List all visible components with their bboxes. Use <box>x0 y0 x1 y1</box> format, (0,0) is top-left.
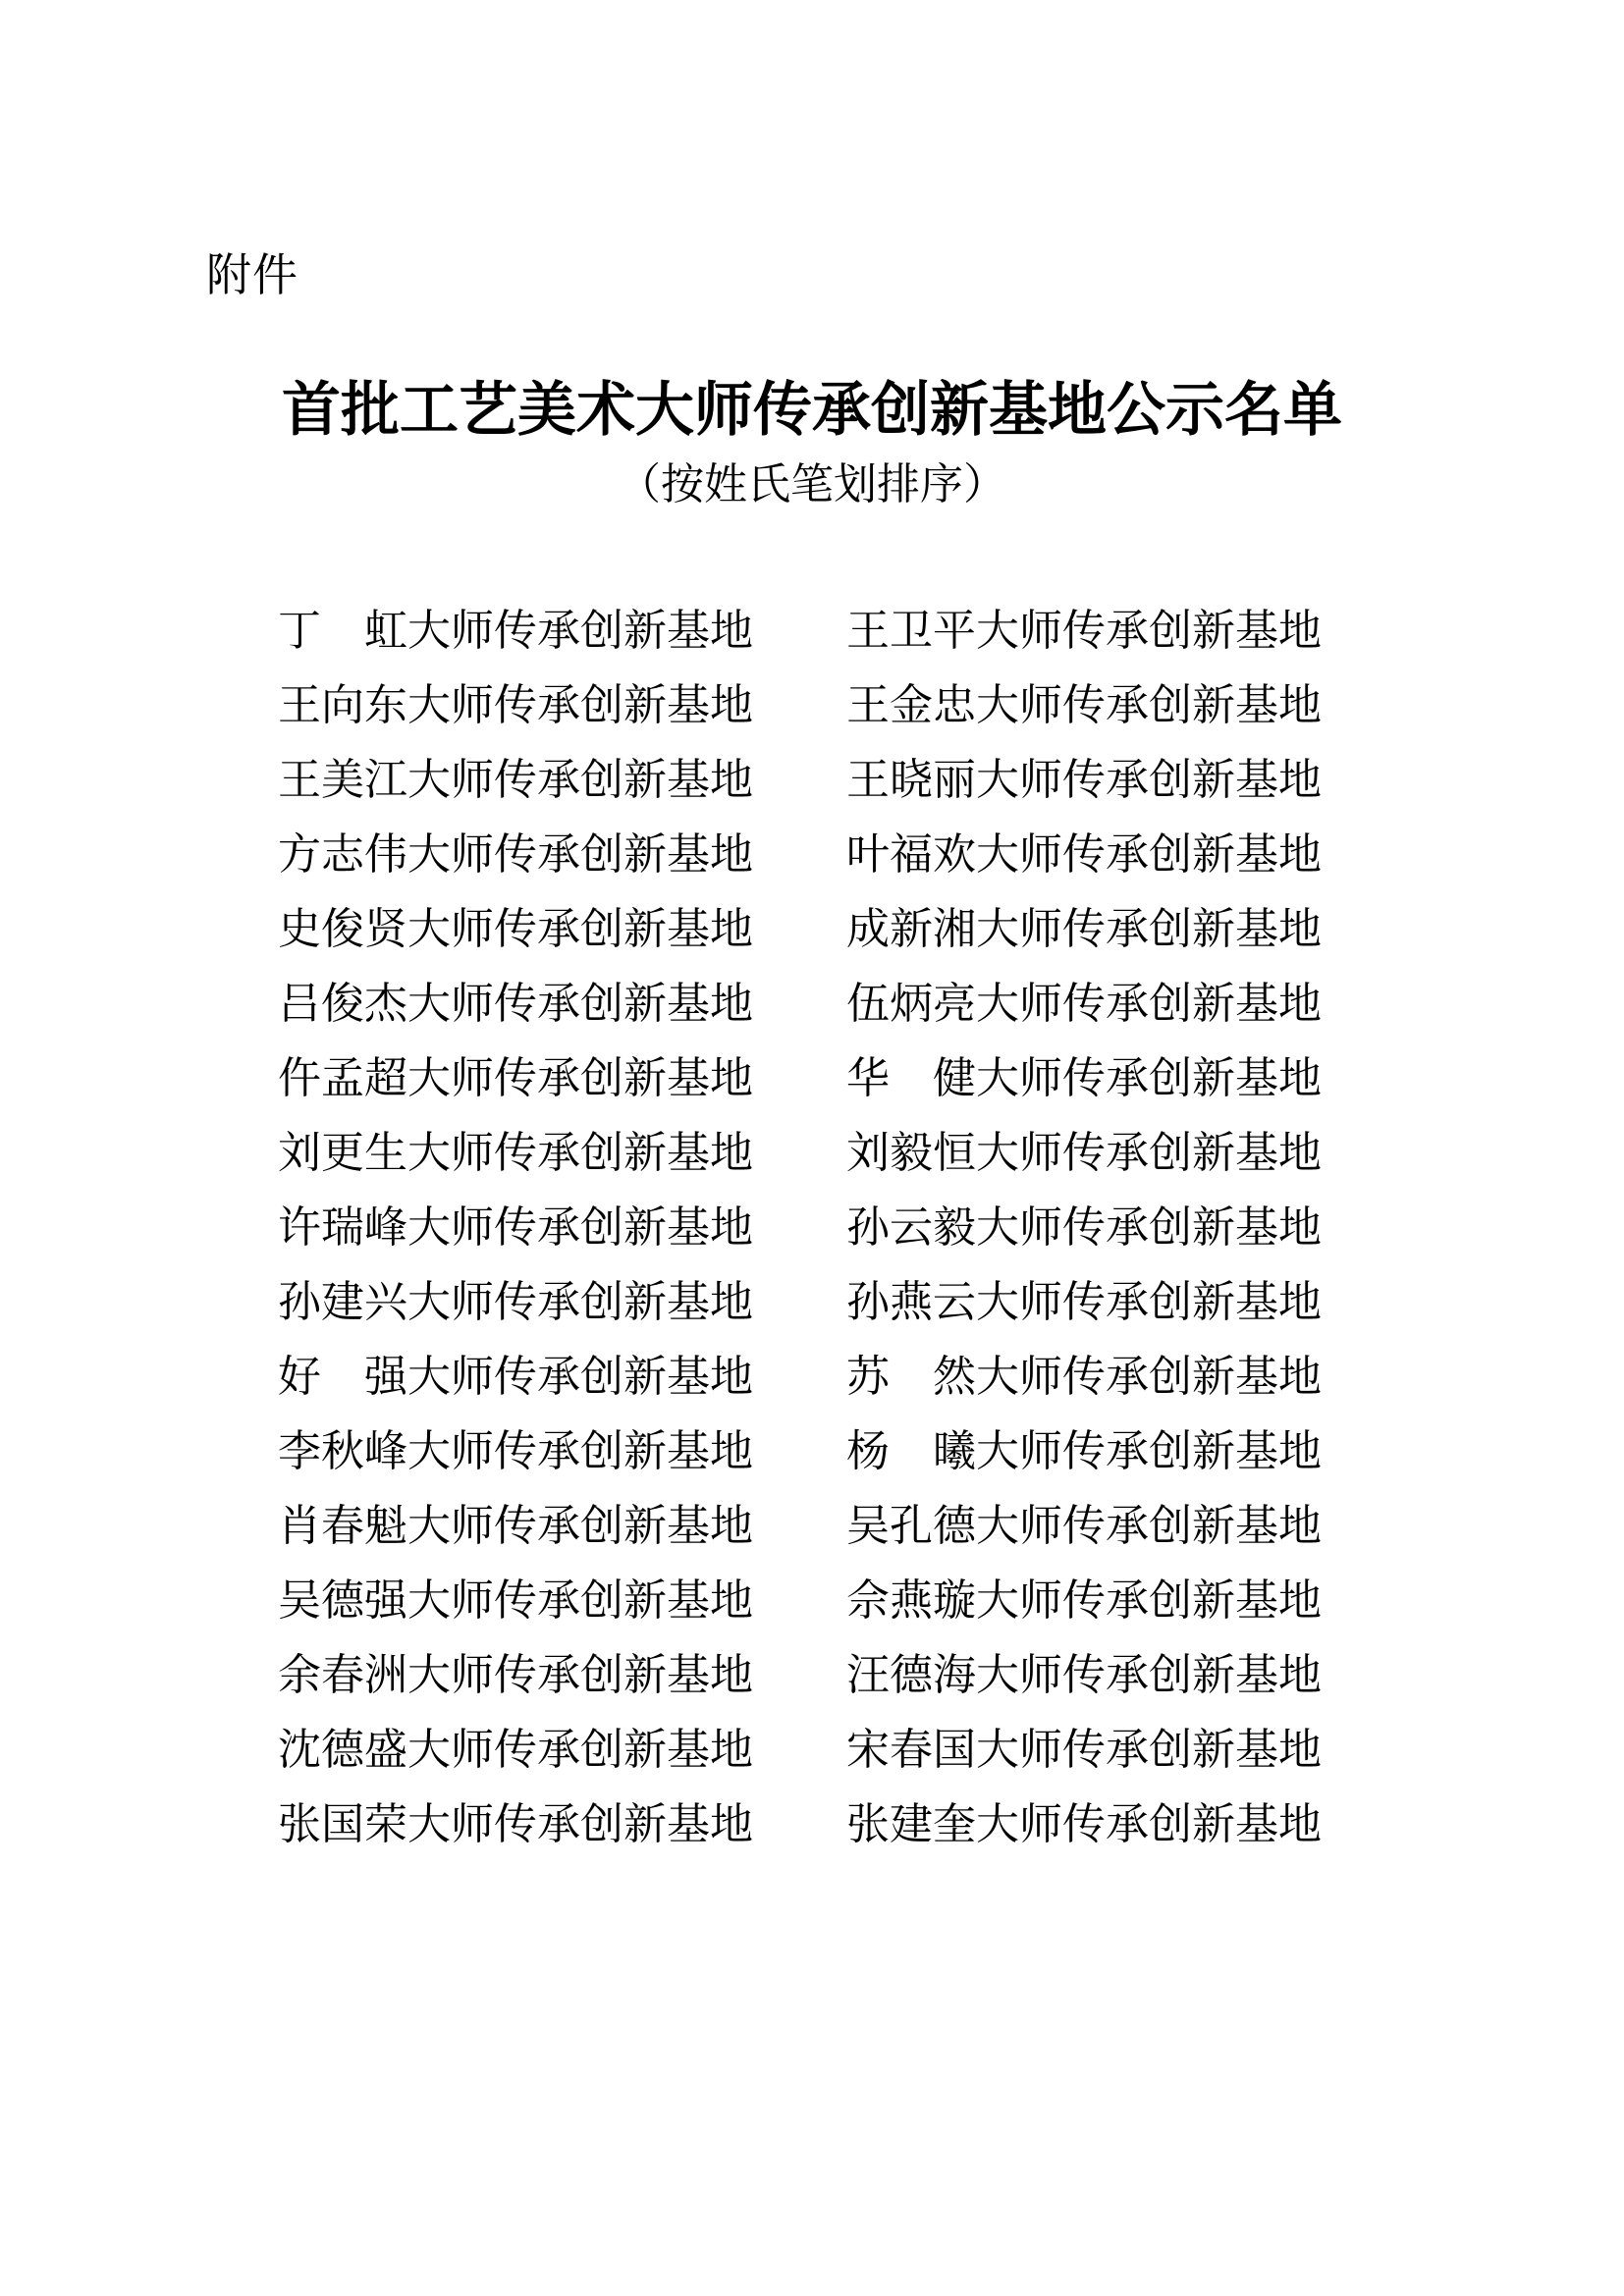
list-row: 余春洲大师传承创新基地 汪德海大师传承创新基地 <box>278 1638 1328 1713</box>
list-item: 沈德盛大师传承创新基地 <box>278 1713 759 1788</box>
list-item: 孙建兴大师传承创新基地 <box>278 1265 759 1340</box>
list-item: 汪德海大师传承创新基地 <box>846 1638 1328 1713</box>
list-item: 佘燕璇大师传承创新基地 <box>846 1564 1328 1638</box>
list-row: 王向东大师传承创新基地 王金忠大师传承创新基地 <box>278 668 1328 743</box>
list-row: 王美江大师传承创新基地 王晓丽大师传承创新基地 <box>278 743 1328 818</box>
list-item: 孙燕云大师传承创新基地 <box>846 1265 1328 1340</box>
document-page: 附件 首批工艺美术大师传承创新基地公示名单 （按姓氏笔划排序） 丁 虹大师传承创… <box>0 0 1624 2296</box>
list-item: 仵孟超大师传承创新基地 <box>278 1041 759 1116</box>
list-item: 史俊贤大师传承创新基地 <box>278 892 759 967</box>
list-row: 张国荣大师传承创新基地 张建奎大师传承创新基地 <box>278 1788 1328 1862</box>
list-item: 余春洲大师传承创新基地 <box>278 1638 759 1713</box>
list-item: 王金忠大师传承创新基地 <box>846 668 1328 743</box>
list-item: 王晓丽大师传承创新基地 <box>846 743 1328 818</box>
list-row: 史俊贤大师传承创新基地 成新湘大师传承创新基地 <box>278 892 1328 967</box>
list-item: 宋春国大师传承创新基地 <box>846 1713 1328 1788</box>
list-item: 伍炳亮大师传承创新基地 <box>846 967 1328 1041</box>
list-row: 仵孟超大师传承创新基地 华 健大师传承创新基地 <box>278 1041 1328 1116</box>
list-item: 吴孔德大师传承创新基地 <box>846 1489 1328 1564</box>
list-item: 苏 然大师传承创新基地 <box>846 1340 1328 1415</box>
list-item: 丁 虹大师传承创新基地 <box>278 594 759 668</box>
list-item: 许瑞峰大师传承创新基地 <box>278 1191 759 1265</box>
list-item: 杨 曦大师传承创新基地 <box>846 1415 1328 1489</box>
list-item: 王向东大师传承创新基地 <box>278 668 759 743</box>
list-row: 肖春魁大师传承创新基地 吴孔德大师传承创新基地 <box>278 1489 1328 1564</box>
list-row: 丁 虹大师传承创新基地 王卫平大师传承创新基地 <box>278 594 1328 668</box>
list-row: 李秋峰大师传承创新基地 杨 曦大师传承创新基地 <box>278 1415 1328 1489</box>
list-item: 张建奎大师传承创新基地 <box>846 1788 1328 1862</box>
list-item: 肖春魁大师传承创新基地 <box>278 1489 759 1564</box>
list-row: 吕俊杰大师传承创新基地 伍炳亮大师传承创新基地 <box>278 967 1328 1041</box>
list-row: 刘更生大师传承创新基地 刘毅恒大师传承创新基地 <box>278 1116 1328 1191</box>
list-item: 叶福欢大师传承创新基地 <box>846 818 1328 892</box>
attachment-label: 附件 <box>206 249 298 301</box>
list-item: 方志伟大师传承创新基地 <box>278 818 759 892</box>
list-row: 吴德强大师传承创新基地 佘燕璇大师传承创新基地 <box>278 1564 1328 1638</box>
list-row: 孙建兴大师传承创新基地 孙燕云大师传承创新基地 <box>278 1265 1328 1340</box>
list-item: 成新湘大师传承创新基地 <box>846 892 1328 967</box>
list-item: 孙云毅大师传承创新基地 <box>846 1191 1328 1265</box>
list-item: 华 健大师传承创新基地 <box>846 1041 1328 1116</box>
list-row: 好 强大师传承创新基地 苏 然大师传承创新基地 <box>278 1340 1328 1415</box>
list-item: 吴德强大师传承创新基地 <box>278 1564 759 1638</box>
list-row: 方志伟大师传承创新基地 叶福欢大师传承创新基地 <box>278 818 1328 892</box>
list-item: 李秋峰大师传承创新基地 <box>278 1415 759 1489</box>
list-item: 王美江大师传承创新基地 <box>278 743 759 818</box>
list-row: 许瑞峰大师传承创新基地 孙云毅大师传承创新基地 <box>278 1191 1328 1265</box>
list-item: 吕俊杰大师传承创新基地 <box>278 967 759 1041</box>
list-row: 沈德盛大师传承创新基地 宋春国大师传承创新基地 <box>278 1713 1328 1788</box>
list-item: 好 强大师传承创新基地 <box>278 1340 759 1415</box>
list-item: 张国荣大师传承创新基地 <box>278 1788 759 1862</box>
list-item: 刘更生大师传承创新基地 <box>278 1116 759 1191</box>
list-item: 刘毅恒大师传承创新基地 <box>846 1116 1328 1191</box>
page-title: 首批工艺美术大师传承创新基地公示名单 <box>0 375 1624 446</box>
list-item: 王卫平大师传承创新基地 <box>846 594 1328 668</box>
page-subtitle: （按姓氏笔划排序） <box>0 457 1624 511</box>
base-list: 丁 虹大师传承创新基地 王卫平大师传承创新基地 王向东大师传承创新基地 王金忠大… <box>278 594 1328 1862</box>
